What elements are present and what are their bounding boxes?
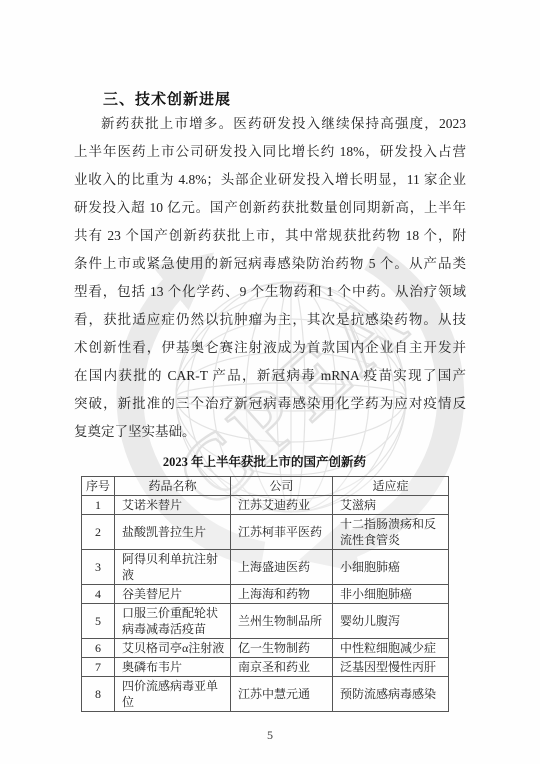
cell-company: 江苏中慧元通	[231, 677, 333, 712]
paragraph-line: 复奠定了坚实基础。	[74, 418, 466, 446]
col-header-drug-name: 药品名称	[115, 477, 231, 496]
cell-company: 上海海和药物	[231, 585, 333, 604]
paragraph-line: 型看，包括 13 个化学药、9 个生物药和 1 个中药。从治疗领域	[74, 278, 466, 306]
col-header-company: 公司	[231, 477, 333, 496]
table-row: 6 艾贝格司亭α注射液 亿一生物制药 中性粒细胞减少症	[82, 639, 449, 658]
cell-no: 1	[82, 496, 115, 515]
cell-company: 南京圣和药业	[231, 658, 333, 677]
body-paragraph: 新药获批上市增多。医药研发投入继续保持高强度，2023 上半年医药上市公司研发投…	[74, 110, 466, 446]
paragraph-line: 看，获批适应症仍然以抗肿瘤为主，其次是抗感染药物。从技	[74, 306, 466, 334]
paragraph-line: 条件上市或紧急使用的新冠病毒感染防治药物 5 个。从产品类	[74, 250, 466, 278]
cell-drug-name: 四价流感病毒亚单位	[115, 677, 231, 712]
cell-drug-name: 口服三价重配轮状病毒减毒活疫苗	[115, 604, 231, 639]
table-row: 3 阿得贝利单抗注射液 上海盛迪医药 小细胞肺癌	[82, 550, 449, 585]
table-title: 2023 年上半年获批上市的国产创新药	[81, 452, 448, 470]
table-row: 5 口服三价重配轮状病毒减毒活疫苗 兰州生物制品所 婴幼儿腹泻	[82, 604, 449, 639]
col-header-indication: 适应症	[333, 477, 449, 496]
cell-company: 江苏艾迪药业	[231, 496, 333, 515]
cell-drug-name: 艾诺米替片	[115, 496, 231, 515]
cell-no: 7	[82, 658, 115, 677]
cell-indication: 预防流感病毒感染	[333, 677, 449, 712]
document-page: CPEA 三、技术创新进展 新药获批上市增多。医药研发投入继续保持高强度，202…	[0, 0, 540, 764]
cell-indication: 艾滋病	[333, 496, 449, 515]
paragraph-line: 共有 23 个国产创新药获批上市，其中常规获批药物 18 个，附	[74, 222, 466, 250]
paragraph-line: 上半年医药上市公司研发投入同比增长约 18%，研发投入占营	[74, 138, 466, 166]
paragraph-line: 新药获批上市增多。医药研发投入继续保持高强度，2023	[74, 110, 466, 138]
table-row: 7 奥磷布韦片 南京圣和药业 泛基因型慢性丙肝	[82, 658, 449, 677]
cell-indication: 婴幼儿腹泻	[333, 604, 449, 639]
paragraph-line: 突破，新批准的三个治疗新冠病毒感染用化学药为应对疫情反	[74, 390, 466, 418]
table-row: 4 谷美替尼片 上海海和药物 非小细胞肺癌	[82, 585, 449, 604]
cell-drug-name: 艾贝格司亭α注射液	[115, 639, 231, 658]
cell-no: 4	[82, 585, 115, 604]
paragraph-line: 术创新性看，伊基奥仑赛注射液成为首款国内企业自主开发并	[74, 334, 466, 362]
cell-no: 3	[82, 550, 115, 585]
cell-no: 8	[82, 677, 115, 712]
cell-company: 江苏柯菲平医药	[231, 515, 333, 550]
cell-indication: 小细胞肺癌	[333, 550, 449, 585]
table-row: 2 盐酸凯普拉生片 江苏柯菲平医药 十二指肠溃疡和反流性食管炎	[82, 515, 449, 550]
cell-drug-name: 阿得贝利单抗注射液	[115, 550, 231, 585]
paragraph-line: 业收入的比重为 4.8%；头部企业研发投入增长明显，11 家企业	[74, 166, 466, 194]
cell-no: 5	[82, 604, 115, 639]
cell-drug-name: 奥磷布韦片	[115, 658, 231, 677]
cell-drug-name: 谷美替尼片	[115, 585, 231, 604]
cell-no: 2	[82, 515, 115, 550]
cell-indication: 泛基因型慢性丙肝	[333, 658, 449, 677]
cell-indication: 十二指肠溃疡和反流性食管炎	[333, 515, 449, 550]
table-row: 8 四价流感病毒亚单位 江苏中慧元通 预防流感病毒感染	[82, 677, 449, 712]
table-row: 1 艾诺米替片 江苏艾迪药业 艾滋病	[82, 496, 449, 515]
table-header-row: 序号 药品名称 公司 适应症	[82, 477, 449, 496]
cell-company: 兰州生物制品所	[231, 604, 333, 639]
cell-drug-name: 盐酸凯普拉生片	[115, 515, 231, 550]
page-number: 5	[0, 728, 540, 743]
cell-company: 亿一生物制药	[231, 639, 333, 658]
paragraph-line: 在国内获批的 CAR-T 产品，新冠病毒 mRNA 疫苗实现了国产	[74, 362, 466, 390]
cell-company: 上海盛迪医药	[231, 550, 333, 585]
paragraph-line: 研发投入超 10 亿元。国产创新药获批数量创同期新高，上半年	[74, 194, 466, 222]
cell-indication: 中性粒细胞减少症	[333, 639, 449, 658]
approved-drugs-table: 序号 药品名称 公司 适应症 1 艾诺米替片 江苏艾迪药业 艾滋病 2 盐酸凯普…	[81, 476, 449, 712]
section-heading: 三、技术创新进展	[103, 88, 231, 109]
cell-indication: 非小细胞肺癌	[333, 585, 449, 604]
col-header-no: 序号	[82, 477, 115, 496]
cell-no: 6	[82, 639, 115, 658]
